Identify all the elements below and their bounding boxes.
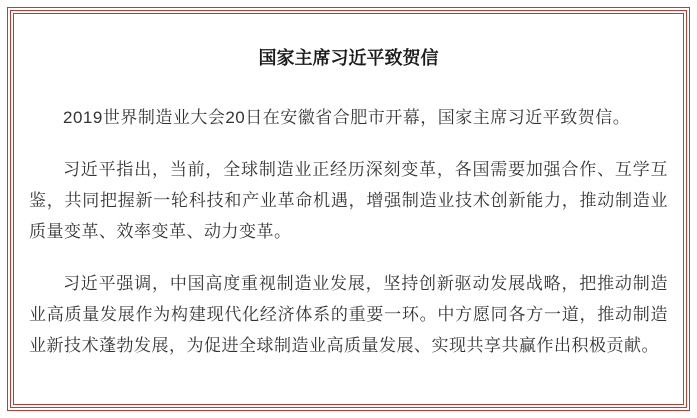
article-body: 国家主席习近平致贺信 2019世界制造业大会20日在安徽省合肥市开幕，国家主席习…	[29, 47, 668, 382]
letter-page: 国家主席习近平致贺信 2019世界制造业大会20日在安徽省合肥市开幕，国家主席习…	[0, 0, 697, 418]
article-title: 国家主席习近平致贺信	[29, 47, 668, 69]
article-paragraph: 习近平指出，当前，全球制造业正经历深刻变革，各国需要加强合作、互学互鉴，共同把握…	[29, 154, 668, 247]
article-paragraph: 2019世界制造业大会20日在安徽省合肥市开幕，国家主席习近平致贺信。	[29, 102, 668, 133]
article-paragraph: 习近平强调，中国高度重视制造业发展，坚持创新驱动发展战略，把推动制造业高质量发展…	[29, 268, 668, 361]
